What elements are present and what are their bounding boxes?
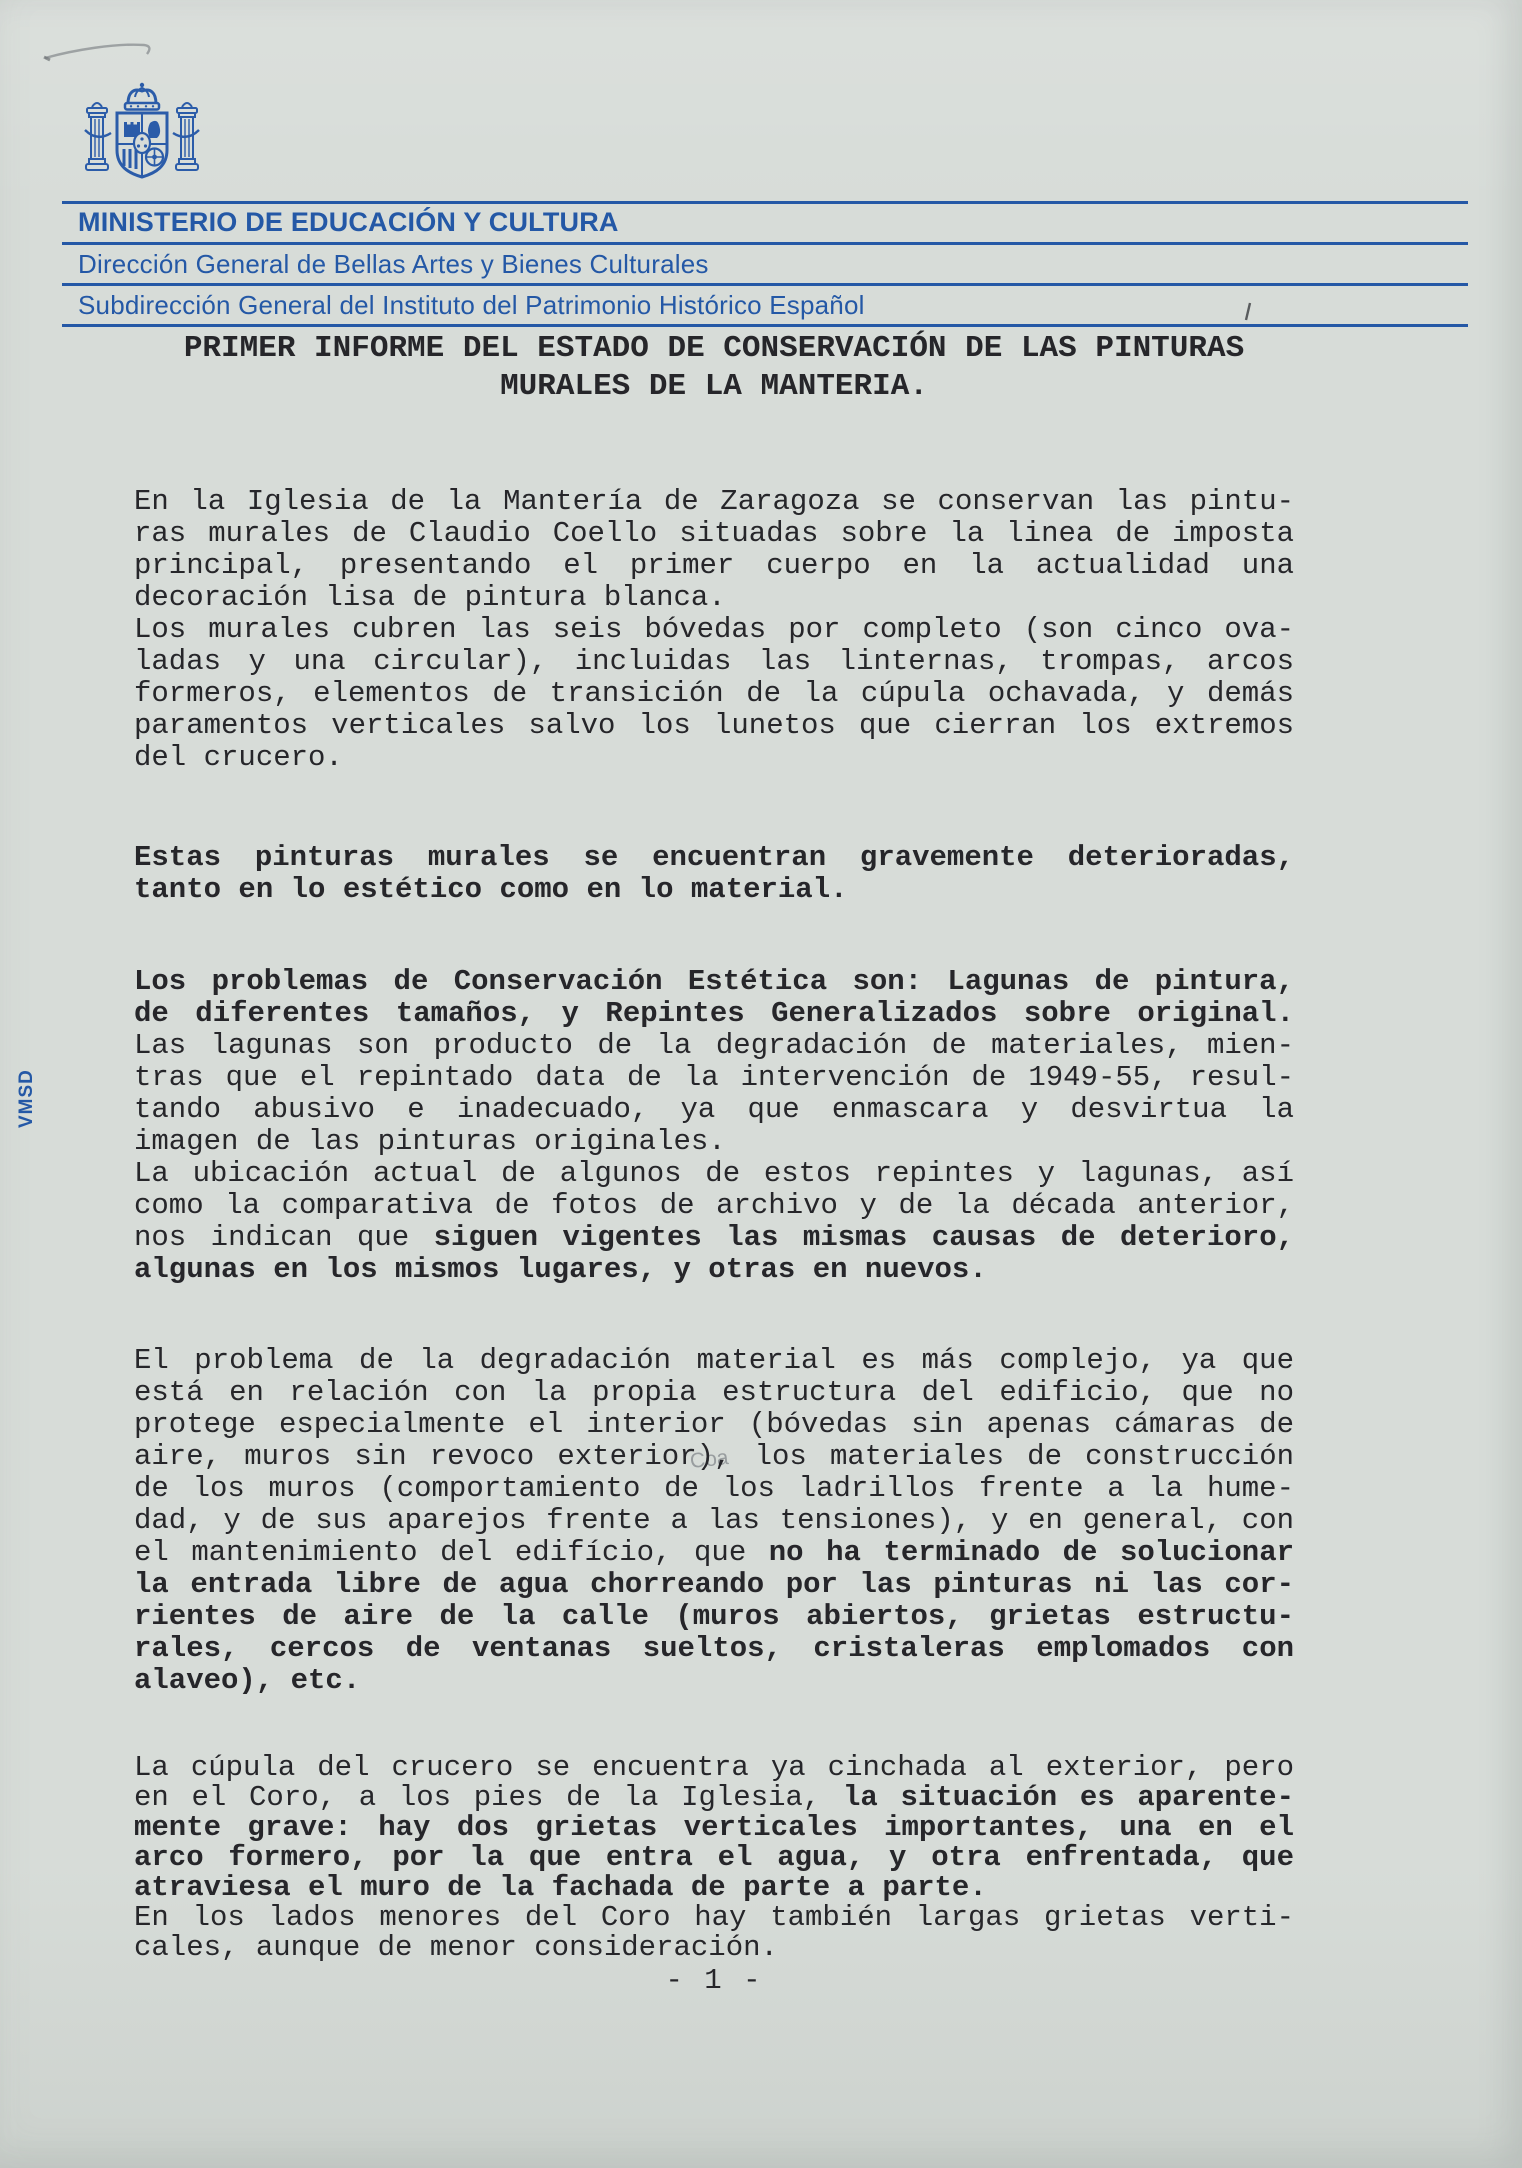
text-line: aire, muros sin revoco exterior), los ma… <box>134 1441 1294 1473</box>
text-line: La cúpula del crucero se encuentra ya ci… <box>134 1753 1294 1783</box>
text-line: alaveo), etc. <box>134 1665 1294 1697</box>
header-rule <box>62 201 1468 204</box>
page-number: - 1 - <box>134 1964 1294 1997</box>
text-line: decoración lisa de pintura blanca. <box>134 582 1294 614</box>
text-line: Los problemas de Conservación Estética s… <box>134 966 1294 998</box>
text-segment: El problema de la degradación material e… <box>134 1344 1294 1377</box>
bold-text-segment: rales, cercos de ventanas sueltos, crist… <box>134 1632 1294 1665</box>
text-line: cales, aunque de menor consideración. <box>134 1933 1294 1963</box>
text-line: Las lagunas son producto de la degradaci… <box>134 1030 1294 1062</box>
direction-general-subtitle: Dirección General de Bellas Artes y Bien… <box>78 249 709 280</box>
text-line: protege especialmente el interior (bóved… <box>134 1409 1294 1441</box>
text-segment: tando abusivo e inadecuado, ya que enmas… <box>134 1093 1294 1126</box>
text-line: está en relación con la propia estructur… <box>134 1377 1294 1409</box>
bold-text-segment: arco formero, por la que entra el agua, … <box>134 1841 1294 1874</box>
text-line: ladas y una circular), incluidas las lin… <box>134 646 1294 678</box>
text-segment: Las lagunas son producto de la degradaci… <box>134 1029 1294 1062</box>
text-line: dad, y de sus aparejos frente a las tens… <box>134 1505 1294 1537</box>
text-line: de diferentes tamaños, y Repintes Genera… <box>134 998 1294 1030</box>
spain-coat-of-arms-icon <box>72 80 212 198</box>
bold-text-segment: mente grave: hay dos grietas verticales … <box>134 1811 1294 1844</box>
text-line: mente grave: hay dos grietas verticales … <box>134 1813 1294 1843</box>
text-line: en el Coro, a los pies de la Iglesia, la… <box>134 1783 1294 1813</box>
text-line: rientes de aire de la calle (muros abier… <box>134 1601 1294 1633</box>
bold-text-segment: siguen vigentes las mismas causas de det… <box>434 1221 1294 1254</box>
text-line: atraviesa el muro de la fachada de parte… <box>134 1873 1294 1903</box>
text-segment: cales, aunque de menor consideración. <box>134 1931 778 1964</box>
text-line: En los lados menores del Coro hay tambié… <box>134 1903 1294 1933</box>
text-line: del crucero. <box>134 742 1294 774</box>
text-segment: formeros, elementos de transición de la … <box>134 677 1294 710</box>
text-segment: principal, presentando el primer cuerpo … <box>134 549 1294 582</box>
text-line: El problema de la degradación material e… <box>134 1345 1294 1377</box>
text-line: ras murales de Claudio Coello situadas s… <box>134 518 1294 550</box>
text-line: tando abusivo e inadecuado, ya que enmas… <box>134 1094 1294 1126</box>
margin-code-stamp: VMSD <box>16 1069 38 1128</box>
text-segment: el mantenimiento del edifício, que <box>134 1536 769 1569</box>
document-page: MINISTERIO DE EDUCACIÓN Y CULTURA Direcc… <box>0 0 1522 2168</box>
paragraph: El problema de la degradación material e… <box>134 1345 1294 1697</box>
text-line: formeros, elementos de transición de la … <box>134 678 1294 710</box>
bold-text-segment: la entrada libre de agua chorreando por … <box>134 1568 1294 1601</box>
text-segment: de los muros (comportamiento de los ladr… <box>134 1472 1294 1505</box>
text-segment: La cúpula del crucero se encuentra ya ci… <box>134 1751 1294 1784</box>
text-segment: ladas y una circular), incluidas las lin… <box>134 645 1294 678</box>
header-rule <box>62 324 1468 327</box>
ministry-title: MINISTERIO DE EDUCACIÓN Y CULTURA <box>78 207 619 238</box>
document-title: PRIMER INFORME DEL ESTADO DE CONSERVACIÓ… <box>134 330 1294 406</box>
text-segment: está en relación con la propia estructur… <box>134 1376 1294 1409</box>
text-segment: paramentos verticales salvo los lunetos … <box>134 709 1294 742</box>
text-line: paramentos verticales salvo los lunetos … <box>134 710 1294 742</box>
header-rule <box>62 242 1468 245</box>
text-segment: imagen de las pinturas originales. <box>134 1125 726 1158</box>
text-line: En la Iglesia de la Mantería de Zaragoza… <box>134 486 1294 518</box>
paragraph: La cúpula del crucero se encuentra ya ci… <box>134 1753 1294 1963</box>
text-segment: Los murales cubren las seis bóvedas por … <box>134 613 1294 646</box>
text-segment: tras que el repintado data de la interve… <box>134 1061 1294 1094</box>
text-segment: como la comparativa de fotos de archivo … <box>134 1189 1294 1222</box>
text-segment: La ubicación actual de algunos de estos … <box>134 1157 1294 1190</box>
bold-text-segment: algunas en los mismos lugares, y otras e… <box>134 1253 987 1286</box>
text-segment: ras murales de Claudio Coello situadas s… <box>134 517 1294 550</box>
text-line: de los muros (comportamiento de los ladr… <box>134 1473 1294 1505</box>
text-line: imagen de las pinturas originales. <box>134 1126 1294 1158</box>
text-line: rales, cercos de ventanas sueltos, crist… <box>134 1633 1294 1665</box>
text-line: nos indican que siguen vigentes las mism… <box>134 1222 1294 1254</box>
text-line: tras que el repintado data de la interve… <box>134 1062 1294 1094</box>
paragraph: Los problemas de Conservación Estética s… <box>134 966 1294 1286</box>
bold-text-segment: rientes de aire de la calle (muros abier… <box>134 1600 1294 1633</box>
text-segment: del crucero. <box>134 741 343 774</box>
text-line: principal, presentando el primer cuerpo … <box>134 550 1294 582</box>
text-line: La ubicación actual de algunos de estos … <box>134 1158 1294 1190</box>
bold-text-segment: alaveo), etc. <box>134 1664 360 1697</box>
paragraph: En la Iglesia de la Mantería de Zaragoza… <box>134 486 1294 774</box>
bold-text-segment: Estas pinturas murales se encuentran gra… <box>134 841 1294 874</box>
text-segment: En los lados menores del Coro hay tambié… <box>134 1901 1294 1934</box>
pencil-squiggle-icon <box>40 36 170 66</box>
bold-text-segment: la situación es aparente- <box>843 1781 1294 1814</box>
text-segment: aire, muros sin revoco exterior), los ma… <box>134 1440 1294 1473</box>
text-line: algunas en los mismos lugares, y otras e… <box>134 1254 1294 1286</box>
text-line: tanto en lo estético como en lo material… <box>134 874 1294 906</box>
text-line: el mantenimiento del edifício, que no ha… <box>134 1537 1294 1569</box>
bold-text-segment: de diferentes tamaños, y Repintes Genera… <box>134 997 1294 1030</box>
text-segment: dad, y de sus aparejos frente a las tens… <box>134 1504 1294 1537</box>
text-segment: protege especialmente el interior (bóved… <box>134 1408 1294 1441</box>
bold-text-segment: no ha terminado de solucionar <box>769 1536 1294 1569</box>
text-segment: decoración lisa de pintura blanca. <box>134 581 726 614</box>
paragraph: Estas pinturas murales se encuentran gra… <box>134 842 1294 906</box>
bold-text-segment: atraviesa el muro de la fachada de parte… <box>134 1871 987 1904</box>
text-line: arco formero, por la que entra el agua, … <box>134 1843 1294 1873</box>
text-line: la entrada libre de agua chorreando por … <box>134 1569 1294 1601</box>
text-line: Los murales cubren las seis bóvedas por … <box>134 614 1294 646</box>
document-title-line1: PRIMER INFORME DEL ESTADO DE CONSERVACIÓ… <box>134 330 1294 368</box>
bold-text-segment: tanto en lo estético como en lo material… <box>134 873 848 906</box>
document-title-line2: MURALES DE LA MANTERIA. <box>134 368 1294 406</box>
text-segment: nos indican que <box>134 1221 434 1254</box>
header-rule <box>62 283 1468 286</box>
text-line: como la comparativa de fotos de archivo … <box>134 1190 1294 1222</box>
text-line: Estas pinturas murales se encuentran gra… <box>134 842 1294 874</box>
text-segment: en el Coro, a los pies de la Iglesia, <box>134 1781 843 1814</box>
bold-text-segment: Los problemas de Conservación Estética s… <box>134 965 1294 998</box>
ink-tick-icon <box>1240 300 1256 324</box>
subdirection-general-subtitle: Subdirección General del Instituto del P… <box>78 290 865 321</box>
text-segment: En la Iglesia de la Mantería de Zaragoza… <box>134 485 1294 518</box>
